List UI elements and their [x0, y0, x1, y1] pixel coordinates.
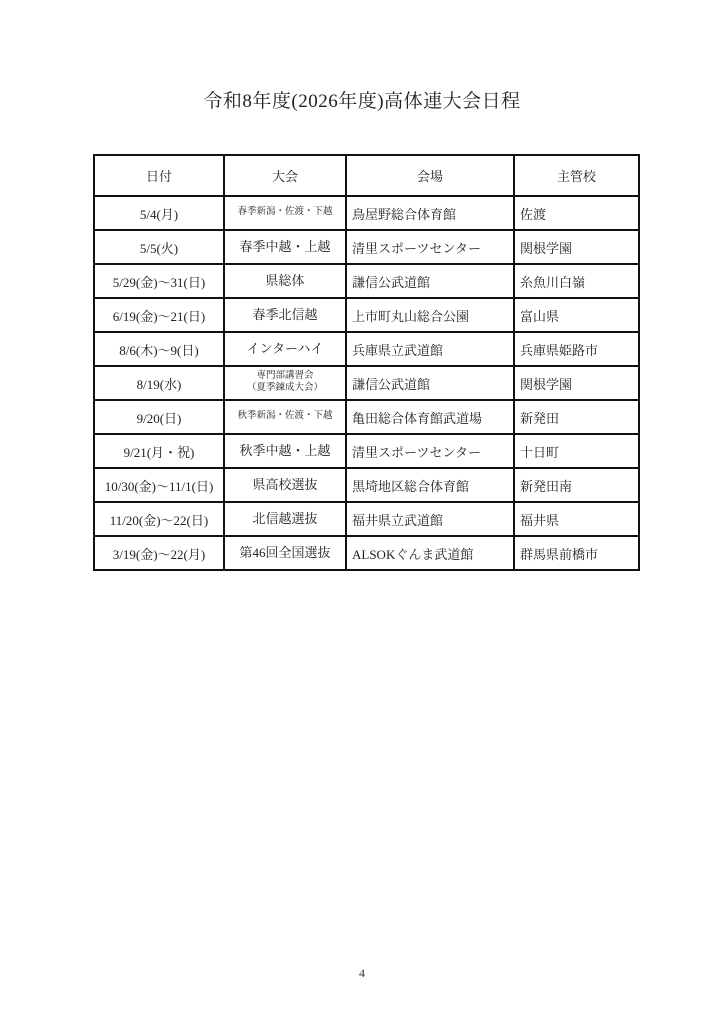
header-row: 日付 大会 会場 主管校 [94, 155, 639, 196]
table-row: 8/6(木)～9(日) インターハイ 兵庫県立武道館 兵庫県姫路市 [94, 332, 639, 366]
host-cell: 新発田南 [514, 468, 639, 502]
host-cell: 群馬県前橋市 [514, 536, 639, 570]
event-cell: 春季中越・上越 [224, 230, 346, 264]
venue-cell: 謙信公武道館 [346, 366, 514, 400]
host-cell: 糸魚川白嶺 [514, 264, 639, 298]
date-cell: 8/6(木)～9(日) [94, 332, 224, 366]
event-cell: 県高校選抜 [224, 468, 346, 502]
date-cell: 9/21(月・祝) [94, 434, 224, 468]
table-row: 5/29(金)～31(日) 県総体 謙信公武道館 糸魚川白嶺 [94, 264, 639, 298]
table-row: 9/20(日) 秋季新潟・佐渡・下越 亀田総合体育館武道場 新発田 [94, 400, 639, 434]
table-row: 5/5(火) 春季中越・上越 清里スポーツセンター 関根学園 [94, 230, 639, 264]
event-cell: 県総体 [224, 264, 346, 298]
venue-cell: ALSOKぐんま武道館 [346, 536, 514, 570]
document-page: 令和8年度(2026年度)高体連大会日程 日付 大会 会場 主管校 5/4(月)… [0, 0, 724, 1024]
venue-cell: 清里スポーツセンター [346, 230, 514, 264]
page-title: 令和8年度(2026年度)高体連大会日程 [0, 86, 724, 113]
event-cell: 専門部講習会 （夏季錬成大会） [224, 366, 346, 400]
venue-cell: 亀田総合体育館武道場 [346, 400, 514, 434]
schedule-table-body: 5/4(月) 春季新潟・佐渡・下越 鳥屋野総合体育館 佐渡 5/5(火) 春季中… [94, 196, 639, 570]
event-cell: 北信越選抜 [224, 502, 346, 536]
host-cell: 佐渡 [514, 196, 639, 230]
event-cell: 秋季新潟・佐渡・下越 [224, 400, 346, 434]
schedule-table: 日付 大会 会場 主管校 5/4(月) 春季新潟・佐渡・下越 鳥屋野総合体育館 … [93, 154, 640, 571]
venue-cell: 謙信公武道館 [346, 264, 514, 298]
col-header-venue: 会場 [346, 155, 514, 196]
table-row: 9/21(月・祝) 秋季中越・上越 清里スポーツセンター 十日町 [94, 434, 639, 468]
event-cell: 春季新潟・佐渡・下越 [224, 196, 346, 230]
date-cell: 6/19(金)～21(日) [94, 298, 224, 332]
event-cell: 秋季中越・上越 [224, 434, 346, 468]
host-cell: 十日町 [514, 434, 639, 468]
date-cell: 8/19(水) [94, 366, 224, 400]
date-cell: 3/19(金)～22(月) [94, 536, 224, 570]
host-cell: 富山県 [514, 298, 639, 332]
col-header-date: 日付 [94, 155, 224, 196]
venue-cell: 福井県立武道館 [346, 502, 514, 536]
date-cell: 5/5(火) [94, 230, 224, 264]
event-cell: インターハイ [224, 332, 346, 366]
date-cell: 11/20(金)～22(日) [94, 502, 224, 536]
venue-cell: 上市町丸山総合公園 [346, 298, 514, 332]
venue-cell: 兵庫県立武道館 [346, 332, 514, 366]
date-cell: 5/29(金)～31(日) [94, 264, 224, 298]
venue-cell: 鳥屋野総合体育館 [346, 196, 514, 230]
col-header-event: 大会 [224, 155, 346, 196]
venue-cell: 黒埼地区総合体育館 [346, 468, 514, 502]
table-row: 11/20(金)～22(日) 北信越選抜 福井県立武道館 福井県 [94, 502, 639, 536]
host-cell: 関根学園 [514, 230, 639, 264]
date-cell: 5/4(月) [94, 196, 224, 230]
table-row: 6/19(金)～21(日) 春季北信越 上市町丸山総合公園 富山県 [94, 298, 639, 332]
date-cell: 10/30(金)～11/1(日) [94, 468, 224, 502]
schedule-table-header: 日付 大会 会場 主管校 [94, 155, 639, 196]
date-cell: 9/20(日) [94, 400, 224, 434]
host-cell: 新発田 [514, 400, 639, 434]
table-row: 3/19(金)～22(月) 第46回全国選抜 ALSOKぐんま武道館 群馬県前橋… [94, 536, 639, 570]
col-header-host: 主管校 [514, 155, 639, 196]
table-row: 10/30(金)～11/1(日) 県高校選抜 黒埼地区総合体育館 新発田南 [94, 468, 639, 502]
host-cell: 福井県 [514, 502, 639, 536]
event-cell: 春季北信越 [224, 298, 346, 332]
table-row: 5/4(月) 春季新潟・佐渡・下越 鳥屋野総合体育館 佐渡 [94, 196, 639, 230]
host-cell: 兵庫県姫路市 [514, 332, 639, 366]
host-cell: 関根学園 [514, 366, 639, 400]
page-number: 4 [0, 966, 724, 981]
event-cell: 第46回全国選抜 [224, 536, 346, 570]
table-row: 8/19(水) 専門部講習会 （夏季錬成大会） 謙信公武道館 関根学園 [94, 366, 639, 400]
venue-cell: 清里スポーツセンター [346, 434, 514, 468]
